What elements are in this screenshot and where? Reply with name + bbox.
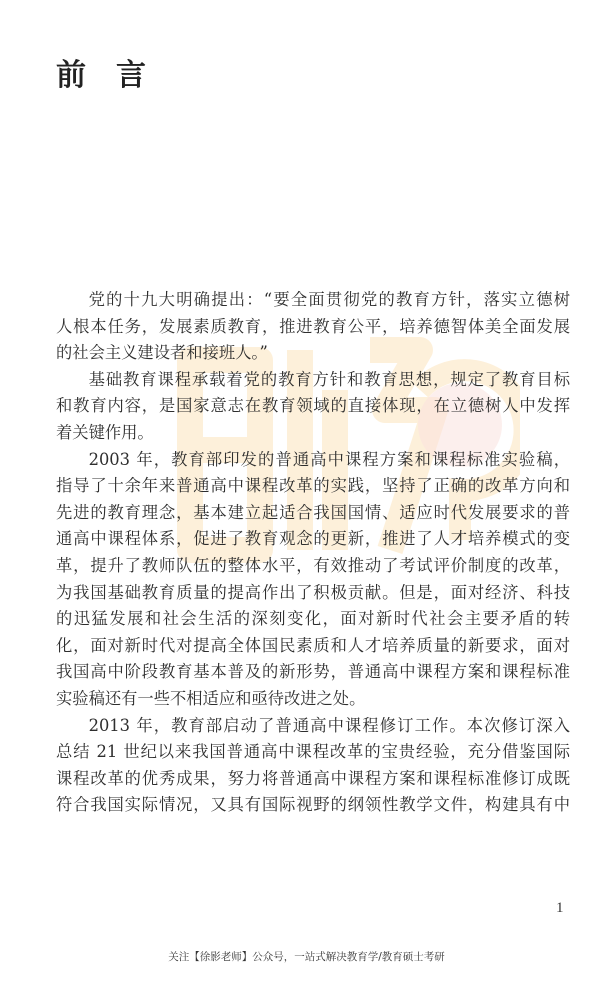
text-line: 课程改革的优秀成果，努力将普通高中课程方案和课程标准修订成既 xyxy=(56,766,570,793)
text-line: 党的十九大明确提出：“要全面贯彻党的教育方针，落实立德树 xyxy=(56,287,570,314)
text-line: 的迅猛发展和社会生活的深刻变化，面对新时代社会主要矛盾的转 xyxy=(56,606,570,633)
text-line: 先进的教育理念，基本建立起适合我国国情、适应时代发展要求的普 xyxy=(56,500,570,527)
text-line: 总结 21 世纪以来我国普通高中课程改革的宝贵经验，充分借鉴国际 xyxy=(56,739,570,766)
paragraph: 基础教育课程承载着党的教育方针和教育思想，规定了教育目标 和教育内容，是国家意志… xyxy=(56,367,570,447)
text-line: 2013 年，教育部启动了普通高中课程修订工作。本次修订深入 xyxy=(56,713,570,740)
paragraph: 党的十九大明确提出：“要全面贯彻党的教育方针，落实立德树 人根本任务，发展素质教… xyxy=(56,287,570,367)
text-line: 我国高中阶段教育基本普及的新形势，普通高中课程方案和课程标准 xyxy=(56,659,570,686)
text-line: 革，提升了教师队伍的整体水平，有效推动了考试评价制度的改革， xyxy=(56,553,570,580)
text-line: 基础教育课程承载着党的教育方针和教育思想，规定了教育目标 xyxy=(56,367,570,394)
text-line: 的社会主义建设者和接班人。” xyxy=(56,340,570,367)
text-line: 人根本任务，发展素质教育，推进教育公平，培养德智体美全面发展 xyxy=(56,314,570,341)
text-line: 2003 年，教育部印发的普通高中课程方案和课程标准实验稿， xyxy=(56,447,570,474)
document-page: 前 言 党的十九大明确提出：“要全面贯彻党的教育方针，落实立德树 人根本任务，发… xyxy=(0,0,613,994)
text-line: 符合我国实际情况，又具有国际视野的纲领性教学文件，构建具有中 xyxy=(56,792,570,819)
paragraph: 2013 年，教育部启动了普通高中课程修订工作。本次修订深入 总结 21 世纪以… xyxy=(56,713,570,819)
text-line: 着关键作用。 xyxy=(56,420,570,447)
text-line: 指导了十余年来普通高中课程改革的实践，坚持了正确的改革方向和 xyxy=(56,473,570,500)
paragraph: 2003 年，教育部印发的普通高中课程方案和课程标准实验稿， 指导了十余年来普通… xyxy=(56,447,570,713)
text-line: 实验稿还有一些不相适应和亟待改进之处。 xyxy=(56,686,570,713)
footer-note: 关注【徐影老师】公众号，一站式解决教育学/教育硕士考研 xyxy=(0,949,613,964)
text-line: 为我国基础教育质量的提高作出了积极贡献。但是，面对经济、科技 xyxy=(56,580,570,607)
text-line: 和教育内容，是国家意志在教育领域的直接体现，在立德树人中发挥 xyxy=(56,393,570,420)
page-number: 1 xyxy=(556,900,564,917)
text-line: 化，面对新时代对提高全体国民素质和人才培养质量的新要求，面对 xyxy=(56,633,570,660)
document-body: 党的十九大明确提出：“要全面贯彻党的教育方针，落实立德树 人根本任务，发展素质教… xyxy=(56,287,570,819)
text-line: 通高中课程体系，促进了教育观念的更新，推进了人才培养模式的变 xyxy=(56,526,570,553)
page-title: 前 言 xyxy=(56,50,146,94)
